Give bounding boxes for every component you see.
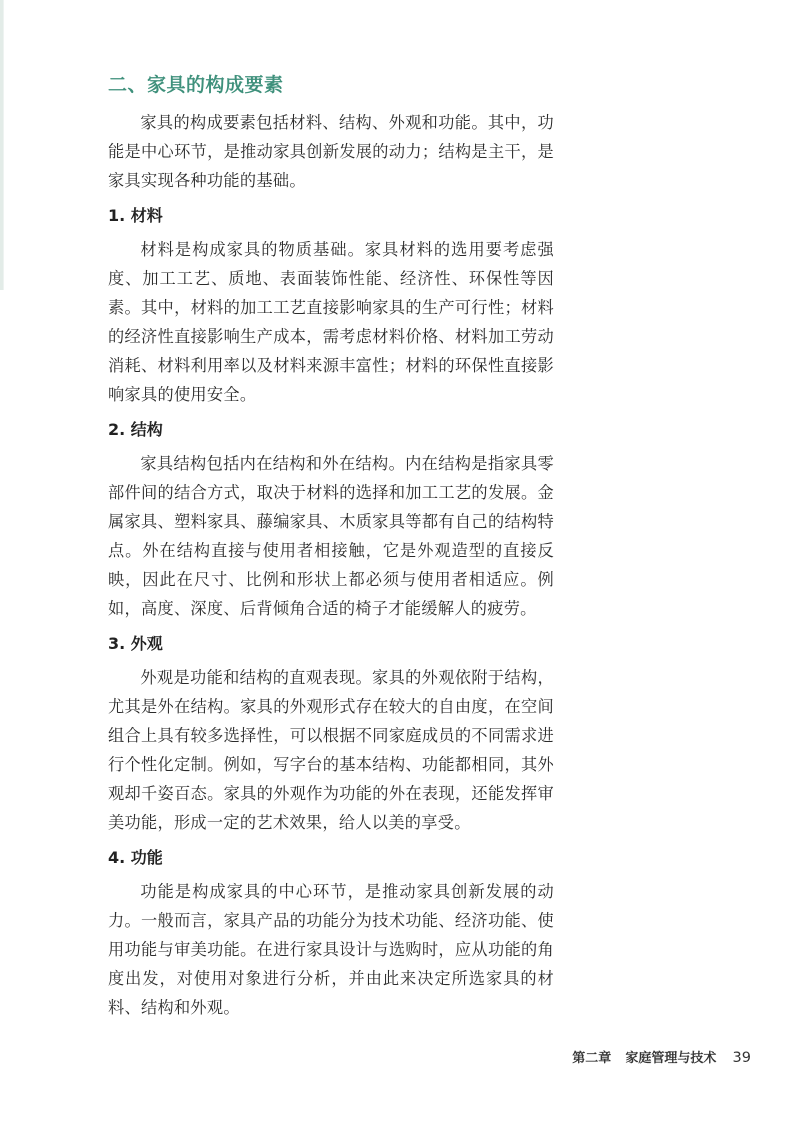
subsection-body-structure: 家具结构包括内在结构和外在结构。内在结构是指家具零部件间的结合方式，取决于材料的… — [108, 449, 554, 623]
footer-chapter-title: 家庭管理与技术 — [625, 1051, 716, 1066]
subsection-body-materials: 材料是构成家具的物质基础。家具材料的选用要考虑强度、加工工艺、质地、表面装饰性能… — [108, 235, 554, 409]
subsection-heading-structure: 2. 结构 — [108, 417, 554, 443]
page-number: 39 — [733, 1050, 751, 1066]
section-intro-paragraph: 家具的构成要素包括材料、结构、外观和功能。其中，功能是中心环节，是推动家具创新发… — [108, 108, 554, 195]
page-edge-line — [0, 0, 4, 290]
footer-chapter: 第二章 — [572, 1051, 611, 1066]
section-title: 二、家具的构成要素 — [108, 72, 554, 98]
subsection-heading-materials: 1. 材料 — [108, 203, 554, 229]
page-footer: 第二章 家庭管理与技术 39 — [572, 1047, 751, 1066]
subsection-heading-function: 4. 功能 — [108, 845, 554, 871]
subsection-body-appearance: 外观是功能和结构的直观表现。家具的外观依附于结构，尤其是外在结构。家具的外观形式… — [108, 663, 554, 837]
page-content: 二、家具的构成要素 家具的构成要素包括材料、结构、外观和功能。其中，功能是中心环… — [108, 72, 554, 1022]
subsection-body-function: 功能是构成家具的中心环节，是推动家具创新发展的动力。一般而言，家具产品的功能分为… — [108, 877, 554, 1022]
subsection-heading-appearance: 3. 外观 — [108, 631, 554, 657]
